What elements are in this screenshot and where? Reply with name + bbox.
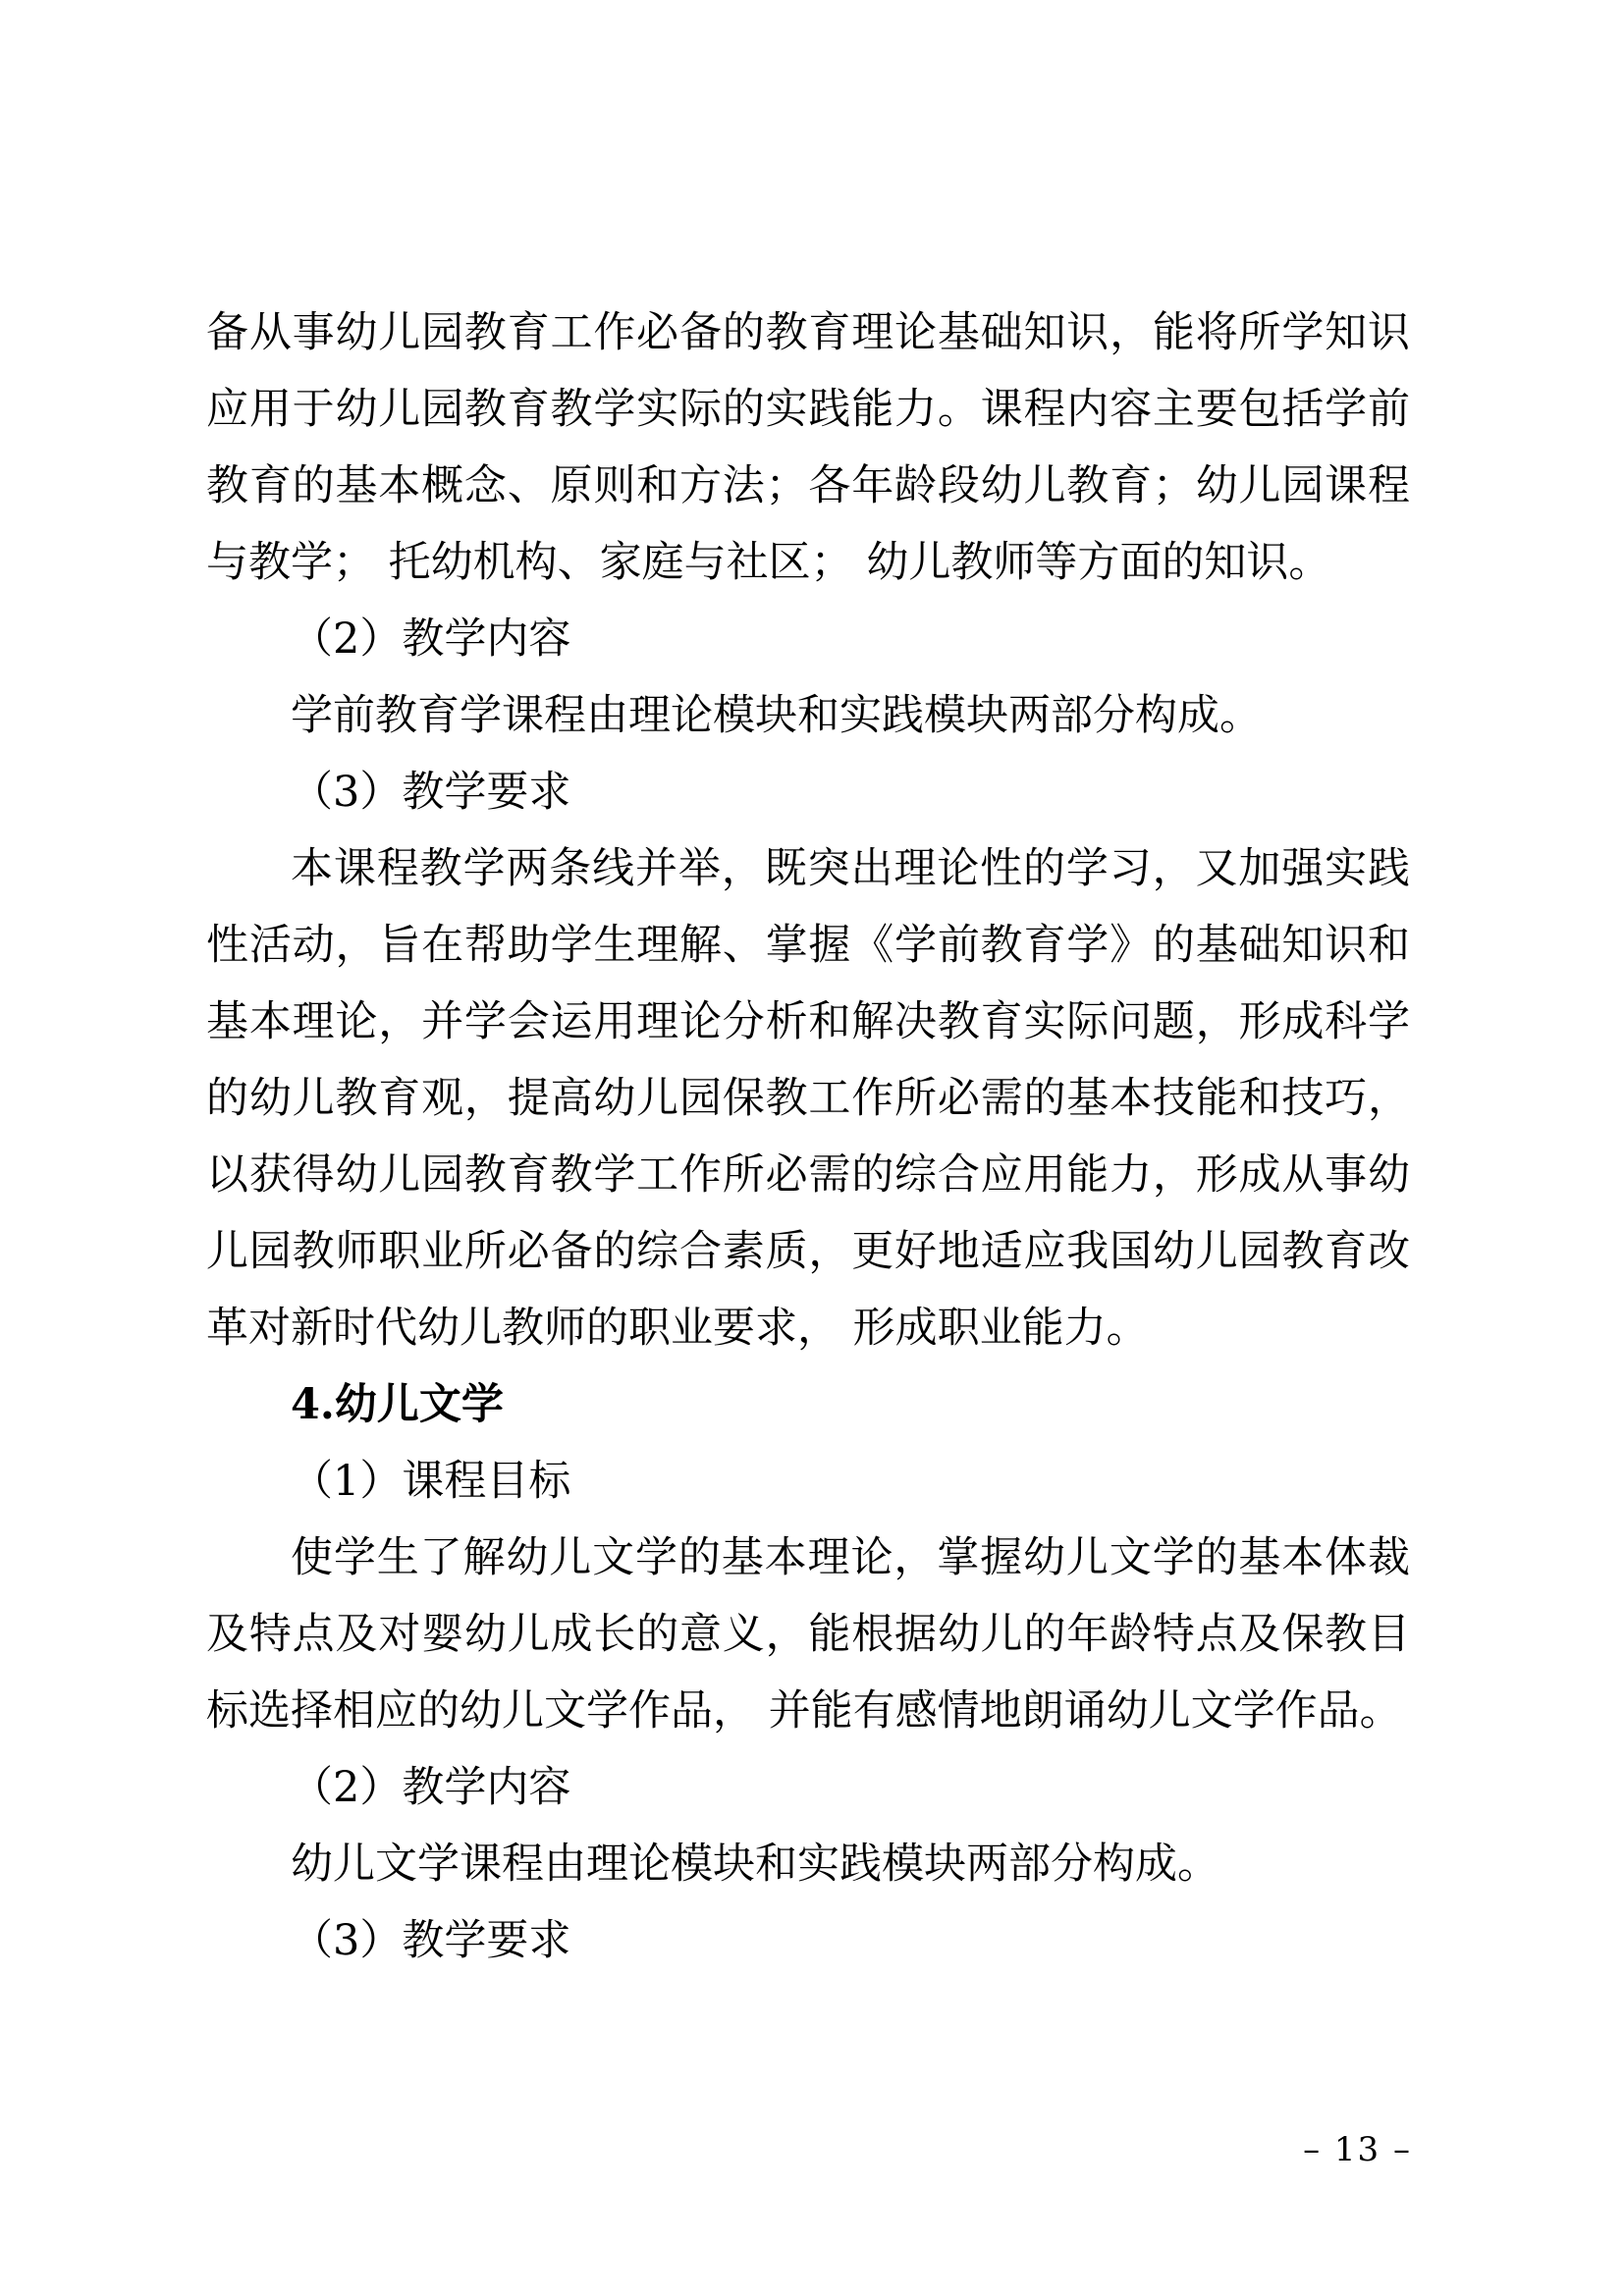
text-line: （3）教学要求 — [206, 1902, 1410, 1979]
text-line: 备从事幼儿园教育工作必备的教育理论基础知识，能将所学知识 — [206, 294, 1410, 371]
section-heading: 4.幼儿文学 — [206, 1366, 1410, 1443]
text-line: （1）课程目标 — [206, 1443, 1410, 1520]
text-line: 应用于幼儿园教育教学实际的实践能力。课程内容主要包括学前 — [206, 371, 1410, 448]
text-line: （2）教学内容 — [206, 1749, 1410, 1826]
text-line: （3）教学要求 — [206, 754, 1410, 830]
text-line: 使学生了解幼儿文学的基本理论，掌握幼儿文学的基本体裁 — [206, 1520, 1410, 1596]
document-body: 备从事幼儿园教育工作必备的教育理论基础知识，能将所学知识应用于幼儿园教育教学实际… — [206, 294, 1410, 1979]
document-page: 备从事幼儿园教育工作必备的教育理论基础知识，能将所学知识应用于幼儿园教育教学实际… — [0, 0, 1624, 2296]
text-line: 学前教育学课程由理论模块和实践模块两部分构成。 — [206, 677, 1410, 754]
text-line: 基本理论，并学会运用理论分析和解决教育实际问题，形成科学 — [206, 984, 1410, 1060]
text-line: 及特点及对婴幼儿成长的意义，能根据幼儿的年龄特点及保教目 — [206, 1596, 1410, 1673]
text-line: 的幼儿教育观，提高幼儿园保教工作所必需的基本技能和技巧， — [206, 1060, 1410, 1137]
text-line: 本课程教学两条线并举，既突出理论性的学习，又加强实践 — [206, 830, 1410, 907]
text-line: 标选择相应的幼儿文学作品， 并能有感情地朗诵幼儿文学作品。 — [206, 1673, 1410, 1749]
text-line: （2）教学内容 — [206, 601, 1410, 677]
text-line: 教育的基本概念、原则和方法；各年龄段幼儿教育；幼儿园课程 — [206, 448, 1410, 524]
text-line: 儿园教师职业所必备的综合素质，更好地适应我国幼儿园教育改 — [206, 1213, 1410, 1290]
page-number: – 13 – — [1303, 2130, 1412, 2169]
text-line: 性活动，旨在帮助学生理解、掌握《学前教育学》的基础知识和 — [206, 907, 1410, 984]
text-line: 革对新时代幼儿教师的职业要求， 形成职业能力。 — [206, 1290, 1410, 1366]
text-line: 以获得幼儿园教育教学工作所必需的综合应用能力，形成从事幼 — [206, 1137, 1410, 1213]
text-line: 与教学； 托幼机构、家庭与社区； 幼儿教师等方面的知识。 — [206, 524, 1410, 601]
text-line: 幼儿文学课程由理论模块和实践模块两部分构成。 — [206, 1826, 1410, 1902]
